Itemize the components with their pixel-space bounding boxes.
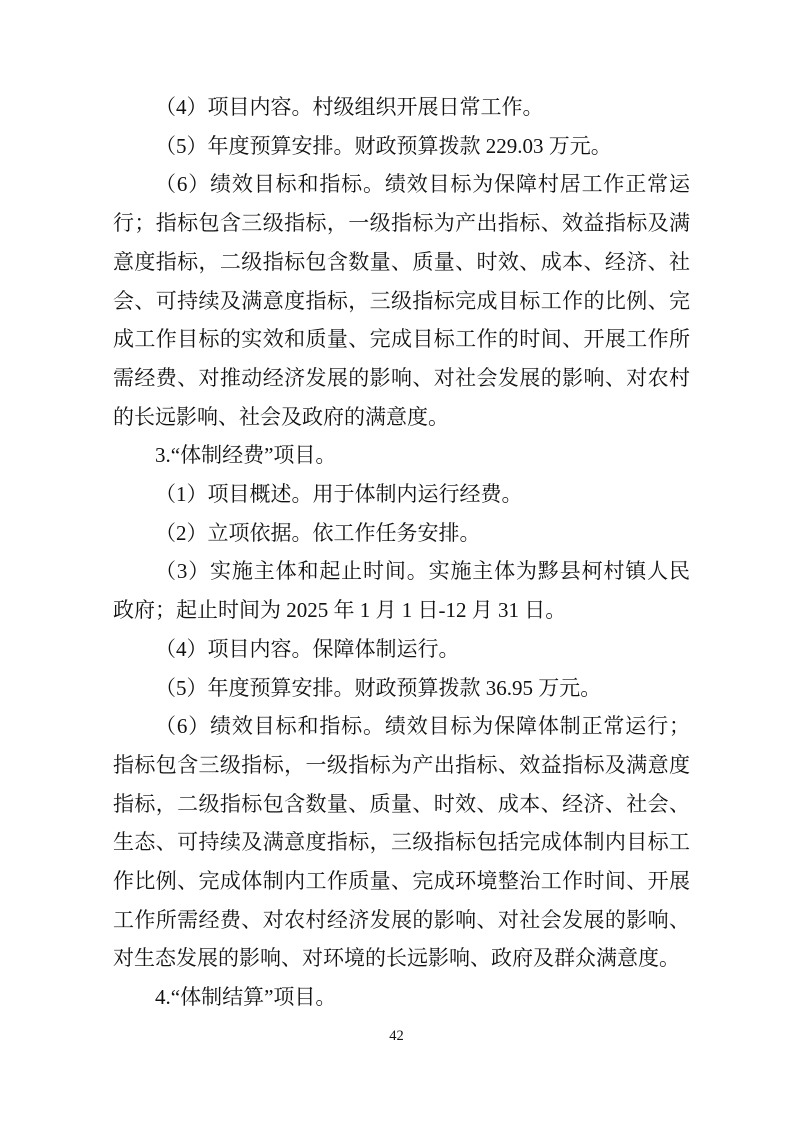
paragraph-project2-content: （4）项目内容。村级组织开展日常工作。: [113, 88, 690, 127]
paragraph-project3-overview: （1）项目概述。用于体制内运行经费。: [113, 475, 690, 514]
paragraph-project3-entity-period: （3）实施主体和起止时间。实施主体为黟县柯村镇人民政府；起止时间为 2025 年…: [113, 552, 690, 629]
document-body: （4）项目内容。村级组织开展日常工作。 （5）年度预算安排。财政预算拨款 229…: [113, 88, 690, 1017]
paragraph-project3-performance: （6）绩效目标和指标。绩效目标为保障体制正常运行；指标包含三级指标，一级指标为产…: [113, 707, 690, 978]
page-number: 42: [0, 1026, 793, 1046]
paragraph-project3-basis: （2）立项依据。依工作任务安排。: [113, 514, 690, 553]
paragraph-project3-budget: （5）年度预算安排。财政预算拨款 36.95 万元。: [113, 669, 690, 708]
paragraph-project2-performance: （6）绩效目标和指标。绩效目标为保障村居工作正常运行；指标包含三级指标，一级指标…: [113, 165, 690, 436]
paragraph-project2-budget: （5）年度预算安排。财政预算拨款 229.03 万元。: [113, 127, 690, 166]
heading-project4: 4.“体制结算”项目。: [113, 978, 690, 1017]
document-page: （4）项目内容。村级组织开展日常工作。 （5）年度预算安排。财政预算拨款 229…: [0, 0, 793, 1122]
heading-project3: 3.“体制经费”项目。: [113, 436, 690, 475]
paragraph-project3-content: （4）项目内容。保障体制运行。: [113, 630, 690, 669]
